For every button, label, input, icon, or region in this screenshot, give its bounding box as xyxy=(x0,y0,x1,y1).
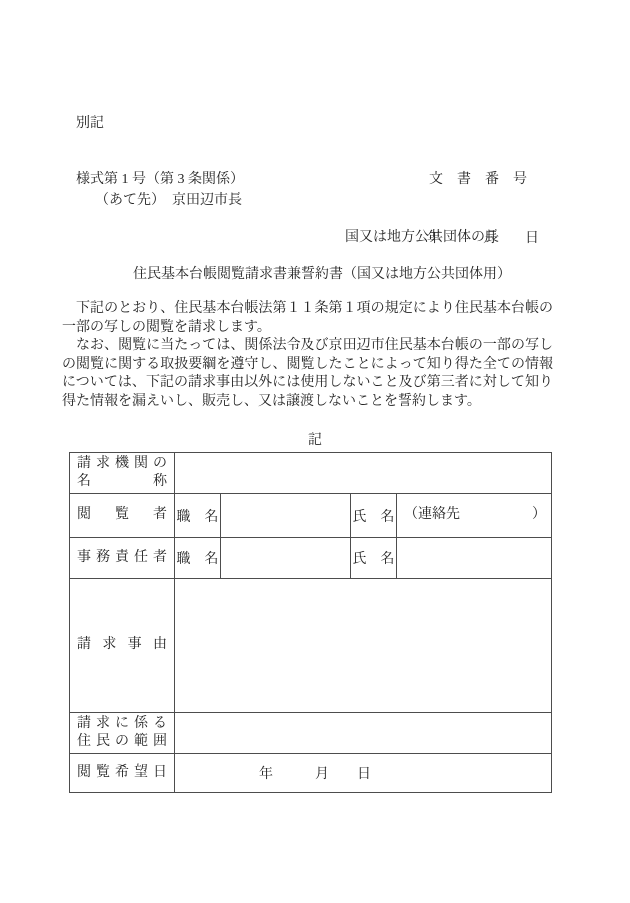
resident-scope-label-line1: 請 求 に 係 る xyxy=(77,715,167,734)
pledge-line: なお、閲覧に当たっては、関係法令及び京田辺市住民基本台帳の一部の写し xyxy=(62,337,553,356)
viewing-date-label: 閲 覧 希 望 日 xyxy=(70,754,175,793)
request-reason-label-text: 請 求 事 由 xyxy=(77,636,167,655)
org-name-label: 請 求 機 関 の 名 称 xyxy=(70,453,175,494)
pledge-line: については、下記の請求事由以外には使用しないこと及び第三者に対して知り xyxy=(62,374,553,393)
section-marker: 記 xyxy=(0,429,630,449)
viewing-date-row: 閲 覧 希 望 日 年 月 日 xyxy=(70,754,552,793)
viewer-name-value-cell: （連絡先 ） xyxy=(397,494,552,538)
manager-label-text: 事 務 責 任 者 xyxy=(77,549,167,568)
viewer-row: 閲 覧 者 職 名 氏 名 （連絡先 ） xyxy=(70,494,552,538)
form-reference-line2: 様式第 1 号（第 3 条関係） xyxy=(76,171,244,190)
manager-name-value-cell xyxy=(397,538,552,579)
document-title: 住民基本台帳閲覧請求書兼誓約書（国又は地方公共団体用） xyxy=(0,263,630,283)
resident-scope-row: 請 求 に 係 る 住 民 の 範 囲 xyxy=(70,713,552,754)
manager-row: 事 務 責 任 者 職 名 氏 名 xyxy=(70,538,552,579)
viewer-name-label: 氏 名 xyxy=(351,494,397,538)
org-name-label-line1: 請 求 機 関 の xyxy=(77,455,167,474)
manager-job-title-value-cell xyxy=(221,538,351,579)
document-number-line: 文 書 番 号 xyxy=(427,170,539,190)
manager-label: 事 務 責 任 者 xyxy=(70,538,175,579)
resident-scope-label-line2: 住 民 の 範 囲 xyxy=(77,733,167,752)
viewing-date-value-cell: 年 月 日 xyxy=(175,754,552,793)
pledge-paragraph: 下記のとおり、住民基本台帳法第１１条第１項の規定により住民基本台帳の 一部の写し… xyxy=(62,300,553,411)
resident-scope-value-cell xyxy=(175,713,552,754)
form-reference-line1: 別記 xyxy=(76,115,244,134)
addressee-line: （あて先） 京田辺市長 xyxy=(95,189,242,209)
applicant-type-line: 国又は地方公共団体の長 xyxy=(345,226,499,246)
manager-job-title-label: 職 名 xyxy=(175,538,221,579)
request-form-table: 請 求 機 関 の 名 称 閲 覧 者 職 名 氏 名 （連絡先 ） xyxy=(69,452,552,793)
viewing-date-placeholder: 年 月 日 xyxy=(175,763,551,783)
pledge-line: 一部の写しの閲覧を請求します。 xyxy=(62,319,553,338)
viewer-label-text: 閲 覧 者 xyxy=(77,506,167,525)
viewer-label: 閲 覧 者 xyxy=(70,494,175,538)
request-reason-row: 請 求 事 由 xyxy=(70,579,552,713)
org-name-row: 請 求 機 関 の 名 称 xyxy=(70,453,552,494)
viewer-job-title-value-cell xyxy=(221,494,351,538)
document-page: 別記 様式第 1 号（第 3 条関係） 文 書 番 号 年 月 日 （あて先） … xyxy=(0,0,630,903)
request-reason-value-cell xyxy=(175,579,552,713)
viewer-contact-close: ） xyxy=(532,506,546,523)
viewer-contact-line: （連絡先 ） xyxy=(397,506,551,526)
pledge-line: 下記のとおり、住民基本台帳法第１１条第１項の規定により住民基本台帳の xyxy=(62,300,553,319)
pledge-line: の閲覧に関する取扱要綱を遵守し、閲覧したことによって知り得た全ての情報 xyxy=(62,356,553,375)
viewing-date-label-text: 閲 覧 希 望 日 xyxy=(77,764,167,783)
org-name-value-cell xyxy=(175,453,552,494)
pledge-line: 得た情報を漏えいし、販売し、又は譲渡しないことを誓約します。 xyxy=(62,393,553,412)
manager-name-label: 氏 名 xyxy=(351,538,397,579)
org-name-label-line2: 名 称 xyxy=(77,473,167,492)
resident-scope-label: 請 求 に 係 る 住 民 の 範 囲 xyxy=(70,713,175,754)
viewer-job-title-label: 職 名 xyxy=(175,494,221,538)
viewer-contact-open: （連絡先 xyxy=(404,506,460,523)
request-reason-label: 請 求 事 由 xyxy=(70,579,175,713)
